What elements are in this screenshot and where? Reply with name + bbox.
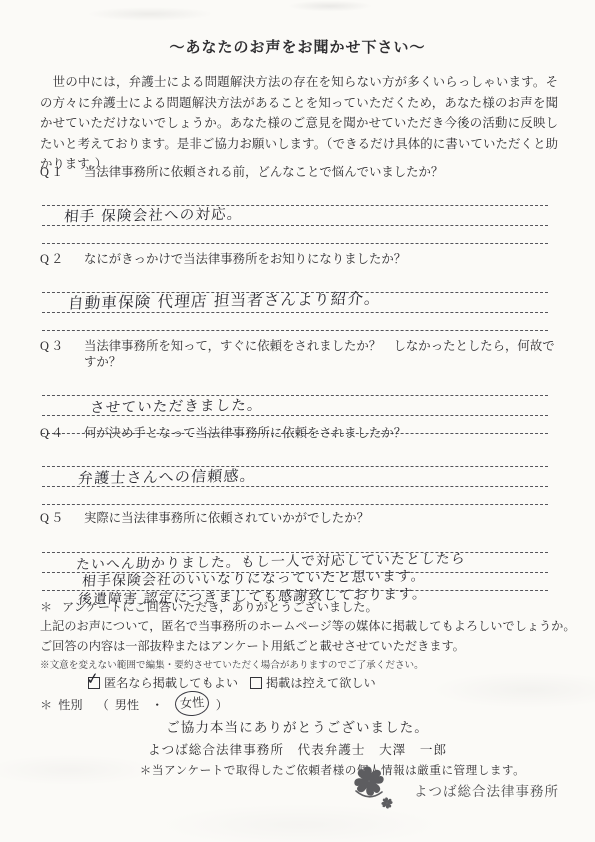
gender-paren-open: （	[97, 696, 109, 713]
checkbox-anonymous-ok	[88, 677, 100, 689]
question-label: Q５	[40, 510, 84, 526]
gender-separator: ・	[151, 696, 163, 713]
option-decline-label: 掲載は控えて欲しい	[266, 674, 376, 691]
question-label: Q１	[40, 164, 84, 180]
intro-paragraph: 世の中には，弁護士による問題解決方法の存在を知らない方が多くいらっしゃいます。そ…	[40, 72, 558, 175]
closing-thanks: ご協力本当にありがとうございました。	[0, 716, 595, 736]
survey-thanks-line: ＊アンケートにご回答いただき，ありがとうございました。	[40, 598, 378, 615]
four-leaf-clover-icon	[346, 763, 410, 815]
asterisk-marker: ＊	[40, 598, 62, 615]
answer-line	[42, 466, 548, 467]
question-text: なにがきっかけで当法律事務所をお知りになりましたか？	[84, 251, 558, 267]
question-label: Q４	[40, 425, 84, 441]
handwritten-answer: 相手 保険会社への対応。	[63, 206, 243, 227]
question-text: 当法律事務所に依頼される前，どんなことで悩んでいましたか？	[84, 164, 558, 180]
publish-question-line: 上記のお声について，匿名で当事務所のホームページ等の媒体に掲載してもよろしいでし…	[40, 617, 576, 634]
question-text: 何が決め手となって当法律事務所に依頼をされましたか？	[84, 425, 558, 441]
question-text: 実際に当法律事務所に依頼されていかがでしたか？	[84, 510, 558, 526]
gender-option-male: 男性	[115, 696, 139, 713]
question-label: Q２	[40, 251, 84, 267]
firm-representative-line: よつば総合法律事務所 代表弁護士 大澤 一郎	[0, 739, 595, 758]
publish-detail-line: ご回答の内容は一部抜粋またはアンケート用紙ごと載せさせていただきます。	[40, 637, 465, 654]
handwritten-answer: 弁護士さんへの信頼感。	[77, 467, 256, 488]
question-label: Q３	[40, 338, 84, 370]
firm-logo: よつば総合法律事務所	[346, 763, 576, 818]
gender-paren-close: ）	[216, 696, 228, 713]
option-decline-publish: 掲載は控えて欲しい	[250, 674, 376, 691]
answer-line	[42, 312, 548, 313]
gender-option-female-circled: 女性	[174, 690, 210, 717]
logo-firm-name: よつば総合法律事務所	[414, 780, 559, 800]
page-title: ～あなたのお声をお聞かせ下さい～	[0, 36, 595, 57]
question-block-q2: Q２ なにがきっかけで当法律事務所をお知りになりましたか？ 自動車保険 代理店 …	[40, 251, 558, 338]
answer-line	[42, 205, 548, 206]
handwritten-answer: させていただきました。	[89, 397, 263, 418]
question-block-q1: Q１ 当法律事務所に依頼される前，どんなことで悩んでいましたか？ 相手 保険会社…	[40, 164, 558, 251]
answer-line	[42, 395, 548, 396]
question-block-q4: Q４ 何が決め手となって当法律事務所に依頼をされましたか？ 弁護士さんへの信頼感…	[40, 425, 558, 512]
answer-line	[42, 504, 548, 505]
question-text: 当法律事務所を知って，すぐに依頼をされましたか？ しなかったとしたら，何故ですか…	[84, 338, 558, 370]
answer-line	[42, 330, 548, 331]
publish-options-row: 匿名なら掲載してもよい 掲載は控えて欲しい	[40, 674, 565, 692]
checkbox-decline-publish	[250, 677, 262, 689]
answer-line	[42, 243, 548, 244]
survey-thanks-text: アンケートにご回答いただき，ありがとうございました。	[62, 600, 378, 614]
handwritten-answer: 自動車保険 代理店 担当者さんより紹介。	[67, 290, 381, 313]
gender-label: 性別	[58, 696, 82, 713]
option-anonymous-ok: 匿名なら掲載してもよい	[88, 674, 238, 691]
option-anonymous-label: 匿名なら掲載してもよい	[104, 674, 238, 691]
asterisk-marker: ＊	[40, 696, 52, 713]
questionnaire-page: ～あなたのお声をお聞かせ下さい～ 世の中には，弁護士による問題解決方法の存在を知…	[0, 0, 595, 842]
gender-row: ＊ 性別 （ 男性 ・ 女性 ）	[40, 693, 234, 716]
